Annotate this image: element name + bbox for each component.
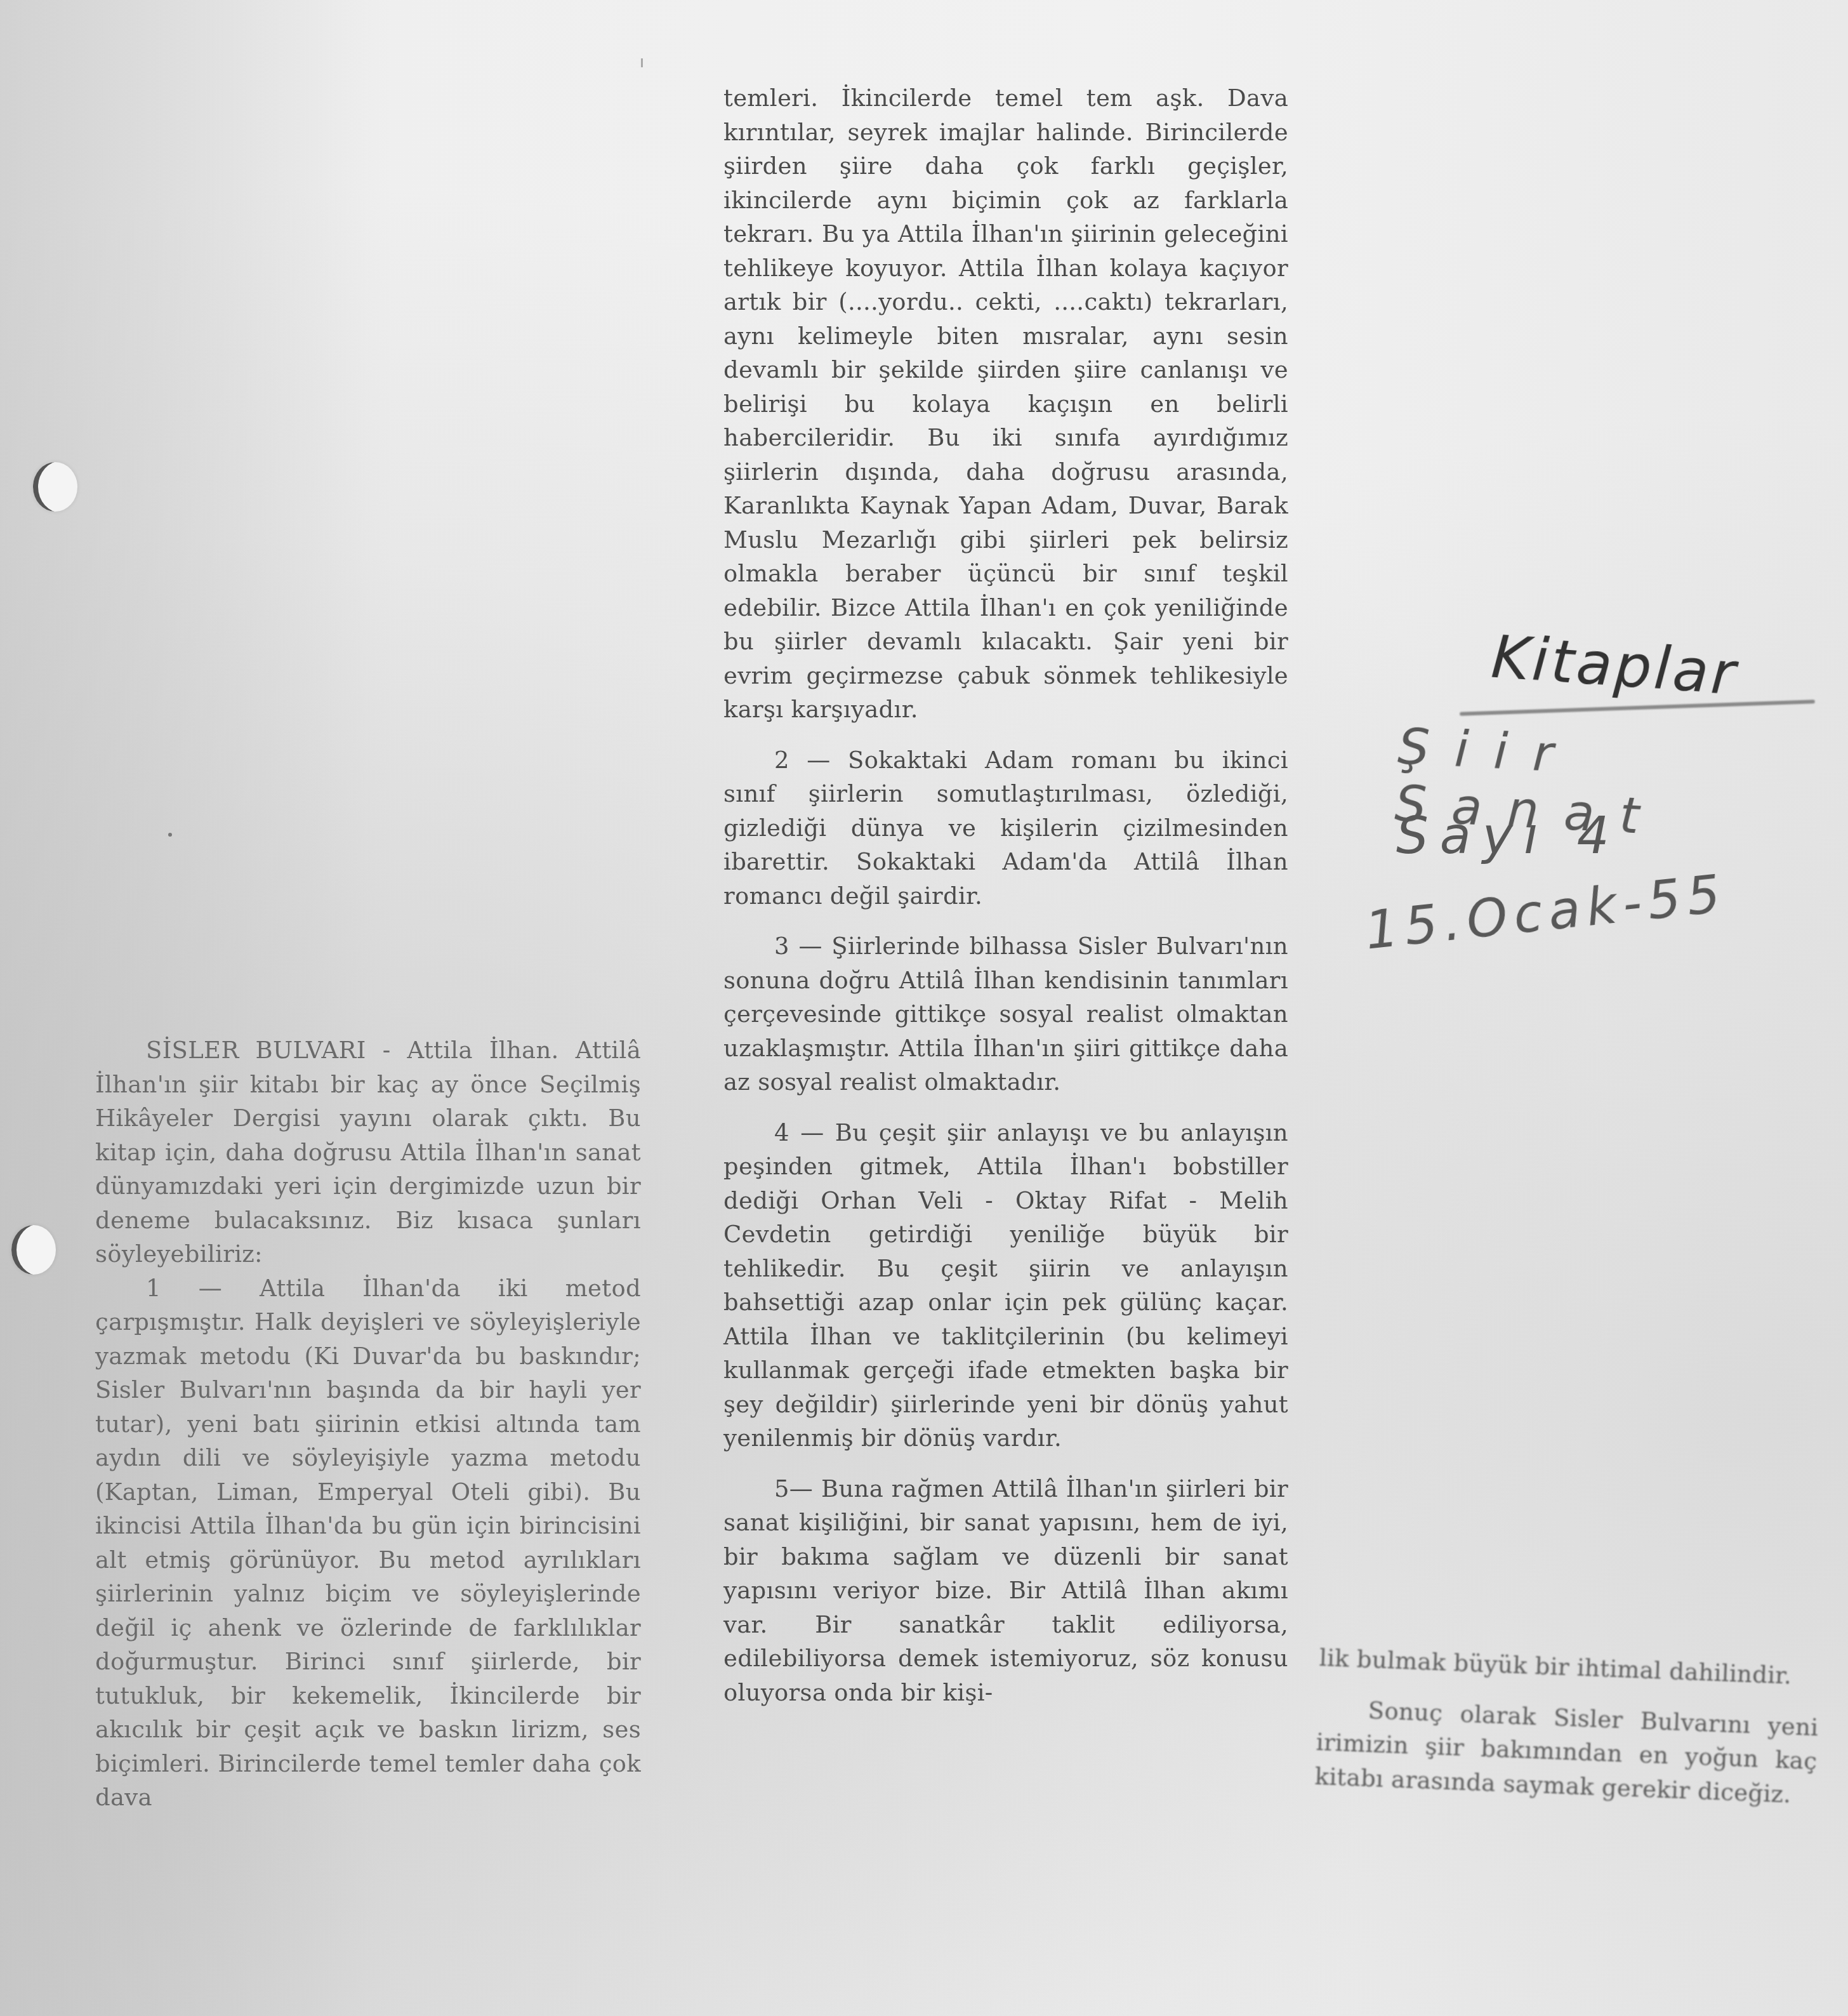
ink-tick [641,58,643,67]
right-column-text: lik bulmak büyük bir ihtimal dahilindir.… [1314,1641,1821,1812]
ink-speck [168,833,172,837]
left-column-text: SİSLER BULVARI - Attila İlhan. Attilâ İl… [95,1033,641,1815]
review-point-4-paragraph: 4 — Bu çeşit şiir anlayışı ve bu anlayış… [723,1116,1288,1456]
review-conclusion-paragraph: Sonuç olarak Sisler Bulvarını yeni irimi… [1314,1691,1819,1812]
review-point-2-paragraph: 2 — Sokaktaki Adam romanı bu ikinci sını… [723,743,1288,913]
center-column-text: temleri. İkincilerde temel tem aşk. Dava… [723,81,1288,1709]
review-point-3-paragraph: 3 — Şiirlerinde bilhassa Sisler Bulvarı'… [723,929,1288,1099]
review-point-1-paragraph: 1 — Attila İlhan'da iki metod çarpışmışt… [95,1271,641,1815]
review-intro-paragraph: SİSLER BULVARI - Attila İlhan. Attilâ İl… [95,1033,641,1271]
punch-hole-top [33,462,77,512]
handwritten-note-issue: Sayı 4 [1396,806,1621,865]
review-continuation-paragraph: temleri. İkincilerde temel tem aşk. Dava… [723,81,1288,727]
punch-hole-bottom [11,1225,56,1275]
review-point-5-paragraph: 5— Buna rağmen Attilâ İlhan'ın şiirleri … [723,1472,1288,1710]
